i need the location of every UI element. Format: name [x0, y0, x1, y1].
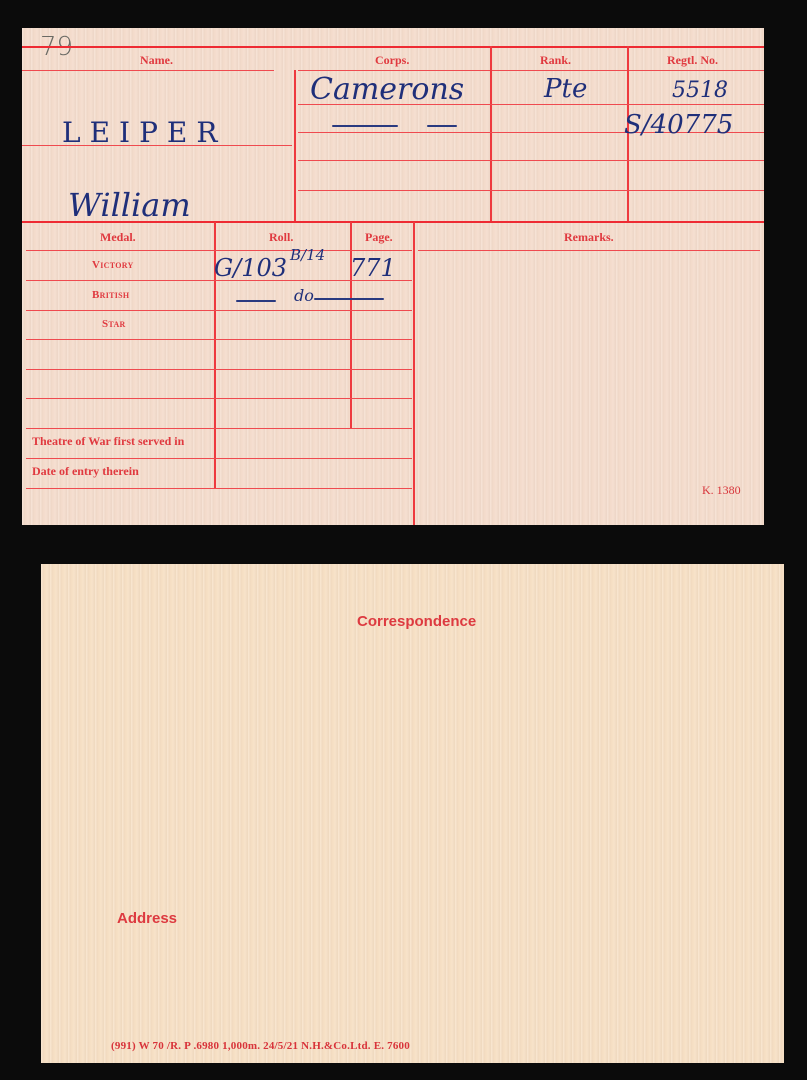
rank-header: Rank. — [540, 53, 571, 68]
corps-ditto-dash-2 — [427, 125, 457, 127]
page-header: Page. — [365, 230, 393, 245]
rank-entry: Pte — [544, 74, 587, 104]
medal-row-line-0 — [26, 250, 412, 251]
address-label: Address — [117, 910, 177, 927]
medal-index-card-front: 79 Name. Corps. Rank. Regtl. No. LEIPER … — [22, 28, 764, 525]
corps-header: Corps. — [375, 53, 409, 68]
theatre-of-war-label: Theatre of War first served in — [32, 434, 184, 449]
medal-header: Medal. — [100, 230, 136, 245]
form-number: K. 1380 — [702, 483, 741, 498]
top-rule — [22, 46, 764, 48]
correspondence-label: Correspondence — [357, 613, 476, 630]
regtl-no-entry-1: 5518 — [672, 78, 728, 103]
regtl-no-header: Regtl. No. — [667, 53, 718, 68]
printer-imprint: (991) W 70 /R. P .6980 1,000m. 24/5/21 N… — [111, 1040, 410, 1052]
medal-index-card-back: Correspondence Address (991) W 70 /R. P … — [41, 564, 784, 1063]
medal-row-line-3 — [26, 339, 412, 340]
roll-ditto-line-left — [236, 300, 276, 302]
corps-ditto-dash — [332, 125, 398, 127]
remarks-rule — [418, 250, 760, 251]
row-line-4 — [298, 190, 764, 191]
roll-british: do — [294, 286, 314, 305]
roll-victory-superscript: B/14 — [290, 246, 325, 264]
medal-star: Star — [102, 318, 126, 330]
regtl-no-entry-2: S/40775 — [624, 110, 733, 140]
name-header: Name. — [140, 53, 173, 68]
surname: LEIPER — [62, 116, 226, 149]
roll-header: Roll. — [269, 230, 293, 245]
section-rule — [22, 221, 764, 223]
medal-british: British — [92, 289, 129, 301]
date-of-entry-label: Date of entry therein — [32, 464, 139, 479]
medal-row-line-4 — [26, 369, 412, 370]
divider-corps-rank — [490, 46, 492, 222]
header-rule — [298, 70, 764, 71]
row-line-3 — [298, 160, 764, 161]
divider-name-corps — [294, 70, 296, 222]
medal-victory: Victory — [92, 259, 134, 271]
corps-entry: Camerons — [310, 72, 464, 107]
name-header-rule — [22, 70, 274, 71]
medal-row-line-5 — [26, 398, 412, 399]
remarks-header: Remarks. — [564, 230, 614, 245]
roll-victory: G/103 — [214, 254, 287, 282]
medal-row-line-7 — [26, 458, 412, 459]
medal-row-line-6 — [26, 428, 412, 429]
page-victory: 771 — [350, 254, 396, 282]
forename: William — [68, 186, 191, 224]
medal-row-line-8 — [26, 488, 412, 489]
roll-ditto-line-right — [314, 298, 384, 300]
medal-row-line-2 — [26, 310, 412, 311]
divider-page-remarks — [413, 222, 415, 525]
